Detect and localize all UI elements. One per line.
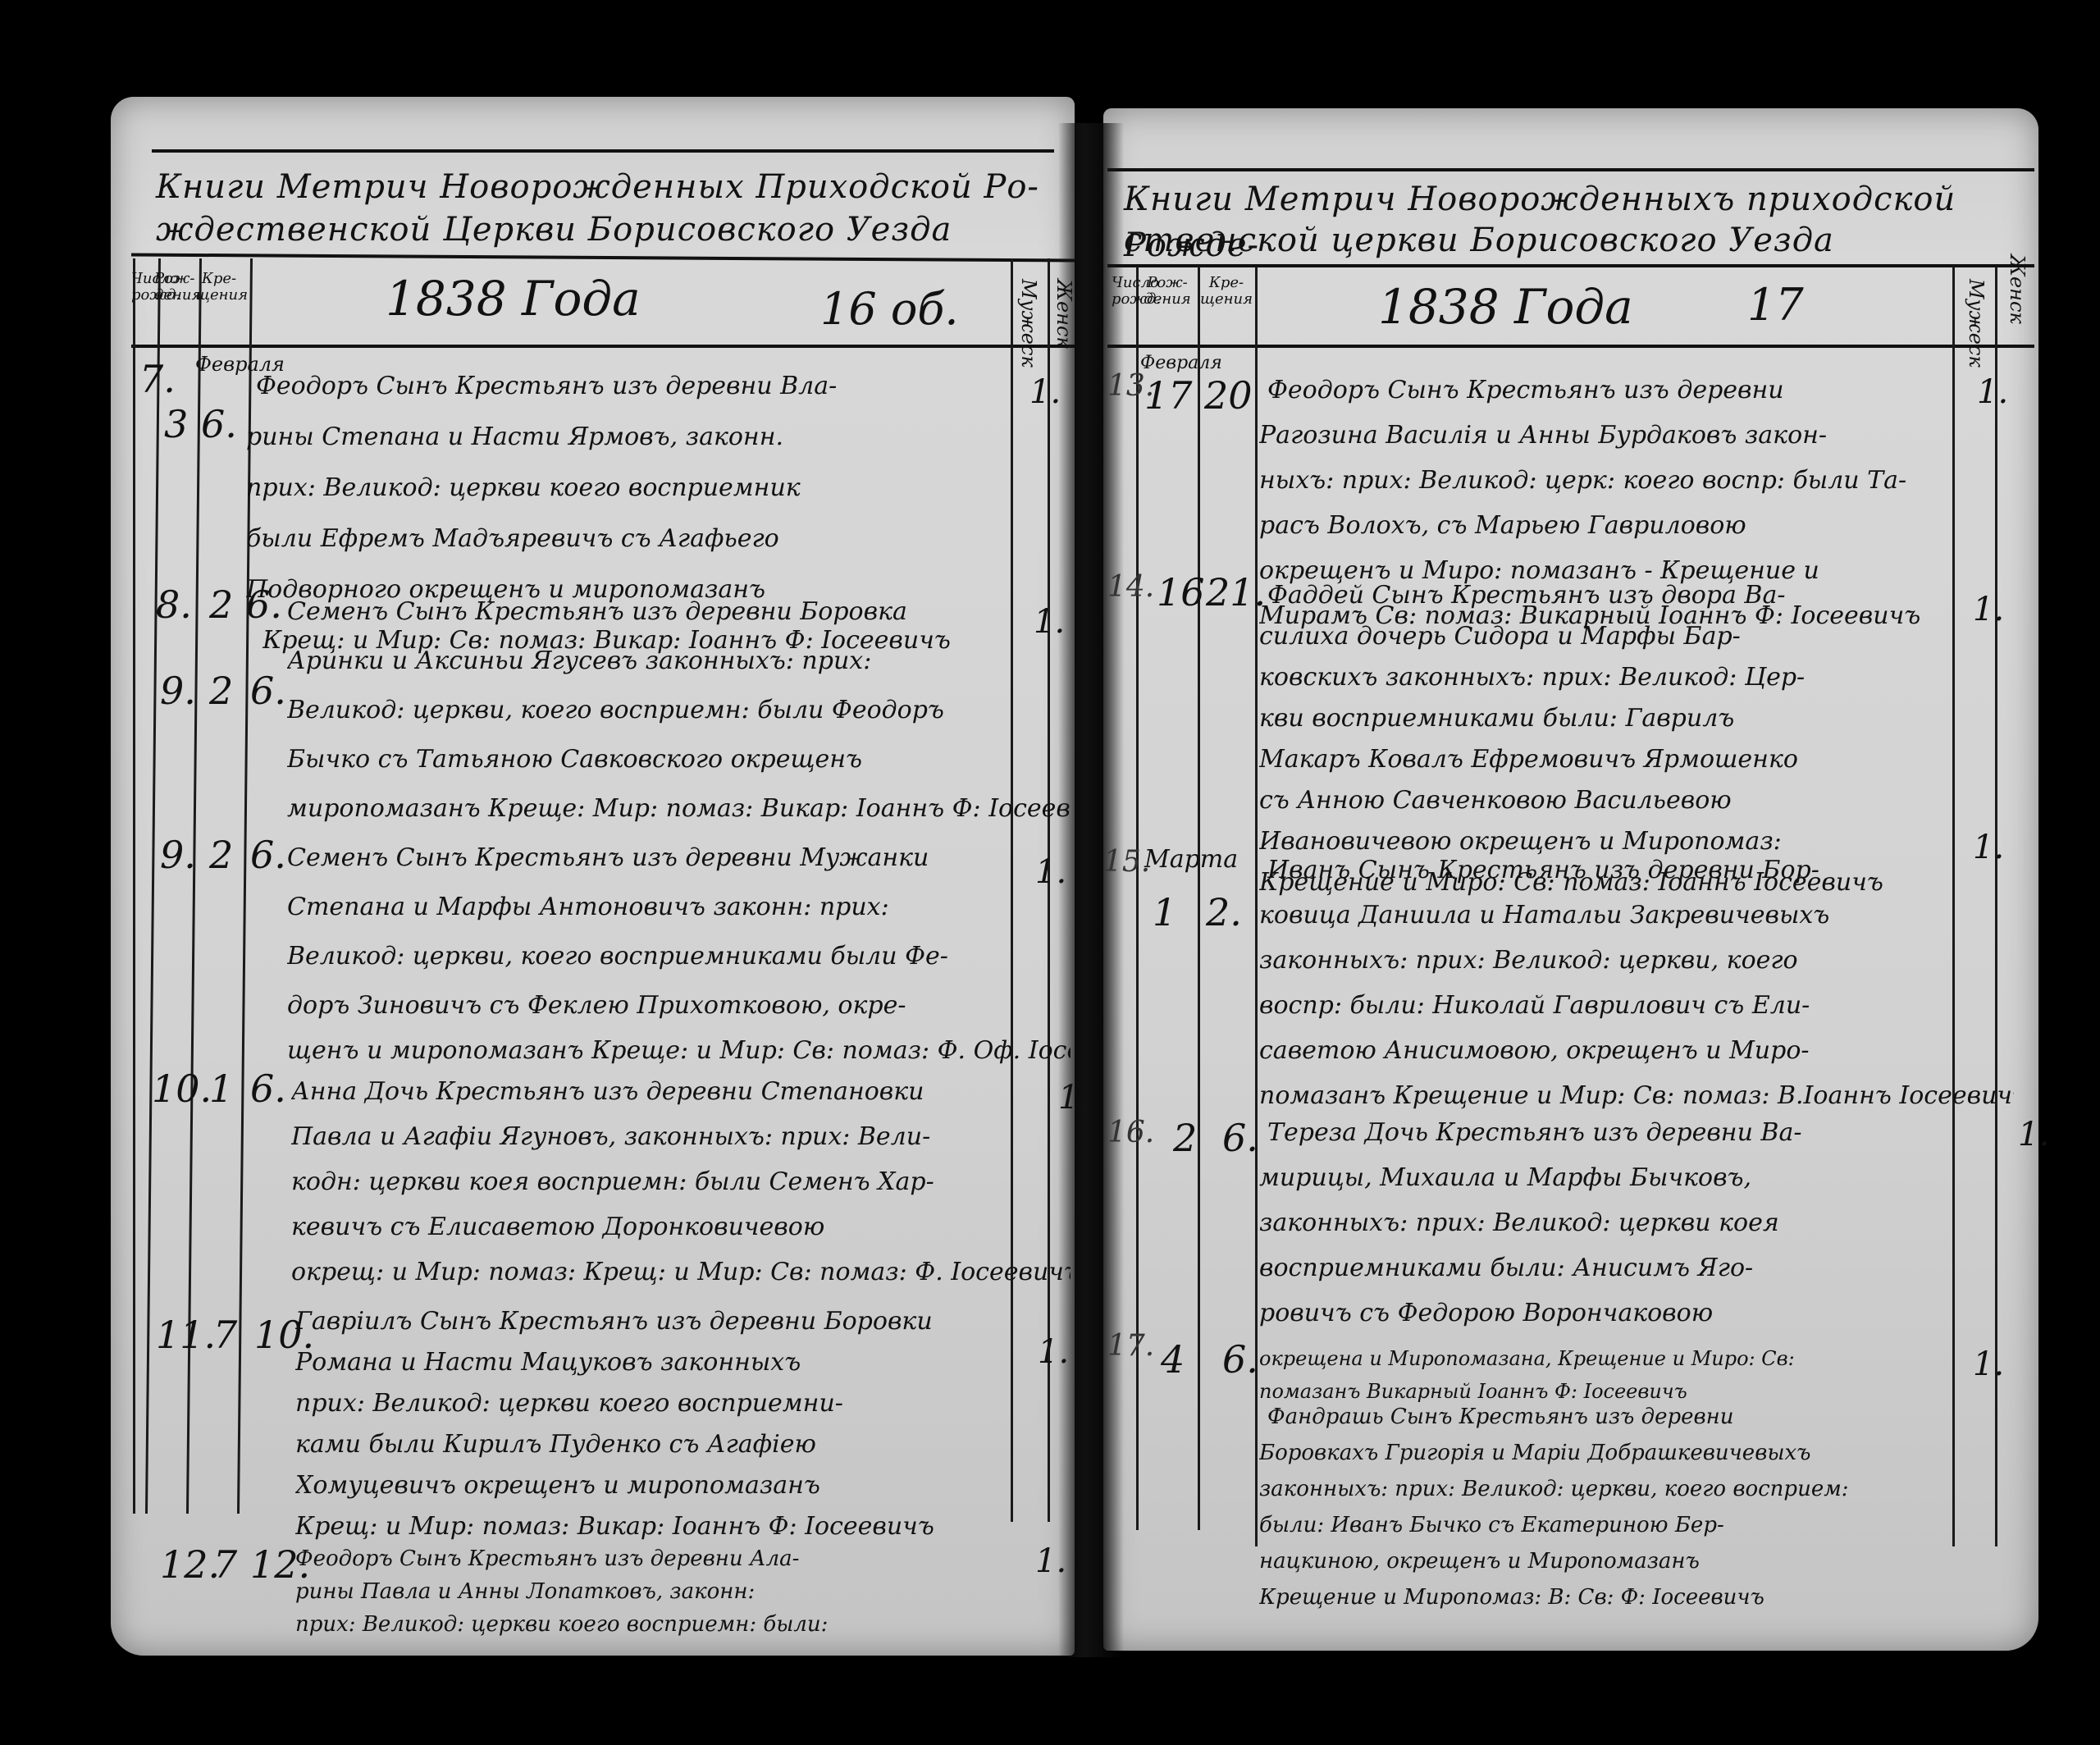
right-col-line-2 bbox=[1198, 267, 1200, 1530]
entry-text-line: Анна Дочь Крестьянъ изъ деревни Степанов… bbox=[291, 1067, 1017, 1117]
entry-birth-day: 17 bbox=[1144, 373, 1193, 418]
entry-baptism-day: 20 bbox=[1204, 373, 1253, 418]
entry-text-line: Семенъ Сынъ Крестьянъ изъ деревни Мужанк… bbox=[287, 833, 1017, 884]
entry-text-line: Степана и Марфы Антоновичъ законн: прих: bbox=[287, 882, 1017, 933]
entry-text-line: Фандрашь Сынъ Крестьянъ изъ деревни bbox=[1267, 1399, 1952, 1435]
entry-birth-day: 2 bbox=[209, 582, 233, 627]
entry-male: 1. bbox=[1034, 603, 1065, 641]
entry-number: 9. bbox=[160, 833, 196, 877]
entry-male: 1. bbox=[1973, 1345, 2004, 1383]
entry-baptism-day: 2. bbox=[1206, 890, 1242, 934]
entry-baptism-day: 6. bbox=[250, 669, 286, 713]
entry-female: 1. bbox=[1058, 1079, 1089, 1117]
entry-text-line: мирицы, Михаила и Марфы Бычковъ, bbox=[1259, 1153, 1952, 1204]
left-col-baptism: Кре-щения bbox=[195, 271, 243, 304]
entry-text-line: кодн: церкви коея восприемн: были Семенъ… bbox=[291, 1157, 1017, 1208]
entry-text-line: Феодоръ Сынъ Крестьянъ изъ деревни Вла- bbox=[256, 361, 1015, 412]
right-title-line2: ственской церкви Борисовского Уезда bbox=[1124, 217, 1834, 263]
entry-text-line: ровичъ съ Федорою Ворончаковою bbox=[1259, 1288, 1952, 1339]
right-col-male: Мужеск bbox=[1965, 279, 1988, 368]
entry-male: 1. bbox=[1029, 373, 1061, 411]
entry-birth-day: 1 bbox=[209, 1067, 233, 1111]
right-top-rule bbox=[1107, 168, 2034, 171]
left-year: 1838 Года bbox=[386, 271, 641, 327]
entry-text-line: Бычко съ Татьяною Савковского окрещенъ bbox=[287, 734, 1017, 785]
entry-text-line: расъ Волохъ, съ Марьею Гавриловою bbox=[1259, 500, 1952, 551]
entry-number: 16. bbox=[1107, 1116, 1154, 1149]
right-col-baptism: Кре-щения bbox=[1199, 275, 1253, 308]
entry-birth-day: 7 bbox=[213, 1313, 237, 1357]
right-folio: 17 bbox=[1747, 279, 1804, 331]
entry-text-line: ковица Даниила и Натальи Закревичевыхъ bbox=[1259, 890, 1952, 941]
entry-text-line: Феодоръ Сынъ Крестьянъ изъ деревни bbox=[1267, 365, 1952, 416]
right-columns-rule bbox=[1107, 345, 2034, 348]
entry-text-line: прих: Великод: церкви коего восприемн: б… bbox=[295, 1608, 1017, 1641]
book-gutter bbox=[1058, 123, 1124, 1657]
right-col-female: Женск bbox=[2006, 254, 2029, 324]
entry-text-line: Павла и Агафіи Ягуновъ, законныхъ: прих:… bbox=[291, 1112, 1017, 1163]
left-col-number: Число рожд. bbox=[131, 271, 156, 304]
entry-text-line: Великод: церкви, коего восприемн: были Ф… bbox=[287, 685, 1017, 736]
entry-male: 1. bbox=[1973, 829, 2004, 866]
entry-number: 7. bbox=[139, 357, 176, 401]
right-col-number: Число рожд. bbox=[1112, 275, 1136, 308]
entry-number: 17. bbox=[1107, 1329, 1154, 1363]
entry-baptism-day: 6. bbox=[246, 582, 282, 627]
entry-male: 1. bbox=[1035, 1542, 1066, 1580]
entry-number: 10. bbox=[152, 1067, 212, 1111]
entry-baptism-day: 6. bbox=[1222, 1116, 1258, 1160]
entry-number: 11. bbox=[156, 1313, 216, 1357]
entry-birth-day: 3 bbox=[164, 402, 188, 446]
right-year: 1838 Года bbox=[1378, 279, 1633, 335]
entry-birth-day: 1 bbox=[1153, 890, 1176, 934]
entry-text-line: Семенъ Сынъ Крестьянъ изъ деревни Боровк… bbox=[287, 587, 1017, 637]
entry-text-line: Рагозина Василія и Анны Бурдаковъ закон- bbox=[1259, 410, 1952, 461]
entry-month: Февраля bbox=[1140, 353, 1222, 373]
entry-text-line: окрещ: и Мир: помаз: Крещ: и Мир: Св: по… bbox=[291, 1247, 1071, 1298]
entry-text-line: воспр: были: Николай Гаврилович съ Ели- bbox=[1259, 980, 1952, 1031]
entry-text-line: рины Павла и Анны Лопатковъ, законн: bbox=[295, 1575, 1017, 1608]
entry-text-line: рины Степана и Насти Ярмовъ, законн. bbox=[246, 412, 1015, 463]
entry-text-line: доръ Зиновичъ съ Феклею Прихотковою, окр… bbox=[287, 980, 1017, 1031]
entry-birth-day: 2 bbox=[209, 669, 233, 713]
left-title-line1: Книги Метрич Новорожденных Приходской Ро… bbox=[156, 164, 1039, 210]
left-top-rule bbox=[152, 149, 1054, 153]
entry-text-line: ныхъ: прих: Великод: церк: коего воспр: … bbox=[1259, 455, 1952, 506]
entry-text-line: Великод: церкви, коего восприемниками бы… bbox=[287, 931, 1017, 982]
entry-baptism-day: 6. bbox=[250, 833, 286, 877]
entry-text-line: были Ефремъ Мадъяревичъ съ Агафьего bbox=[246, 514, 1015, 564]
entry-text-line: кевичъ съ Елисаветою Доронковичевою bbox=[291, 1202, 1017, 1253]
left-columns-rule bbox=[131, 345, 1075, 348]
entry-birth-day: 7 bbox=[213, 1542, 237, 1587]
entry-text-line: миропомазанъ Креще: Мир: помаз: Викар: І… bbox=[287, 783, 1071, 834]
entry-female: 1. bbox=[2018, 1116, 2049, 1153]
entry-male: 1. bbox=[1038, 1333, 1069, 1371]
entry-male: 1. bbox=[1977, 373, 2008, 411]
entry-baptism-day: 6. bbox=[250, 1067, 286, 1111]
entry-text-line: прих: Великод: церкви коего восприемник bbox=[246, 463, 1015, 514]
left-folio: 16 об. bbox=[820, 283, 959, 335]
entry-text-line: восприемниками были: Анисимъ Яго- bbox=[1259, 1243, 1952, 1294]
entry-text-line: саветою Анисимовою, окрещенъ и Миро- bbox=[1259, 1026, 1952, 1076]
entry-text-line: законныхъ: прих: Великод: церкви, коего … bbox=[1259, 1471, 1952, 1507]
entry-month: Марта bbox=[1144, 845, 1238, 874]
entry-number: 15. bbox=[1103, 845, 1150, 879]
entry-text-line: Крещение и Миропомаз: В: Св: Ф: Іосеевич… bbox=[1259, 1579, 2014, 1615]
right-col-birth: Рож-дения bbox=[1139, 275, 1196, 308]
entry-text-line: законныхъ: прих: Великод: церкви коея bbox=[1259, 1198, 1952, 1249]
entry-male: 1. bbox=[1035, 853, 1066, 891]
left-col-birth: Рож-дения bbox=[154, 271, 194, 304]
entry-male: 1. bbox=[1973, 591, 2004, 628]
left-title-line2: ждественской Церкви Борисовского Уезда bbox=[156, 207, 952, 253]
entry-text-line: Феодоръ Сынъ Крестьянъ изъ деревни Ала- bbox=[295, 1542, 1017, 1575]
entry-text-line: Иванъ Сынъ Крестьянъ изъ деревни Бор- bbox=[1267, 845, 1952, 896]
entry-baptism-day: 6. bbox=[1222, 1337, 1258, 1382]
entry-birth-day: 4 bbox=[1161, 1337, 1185, 1382]
entry-number: 14. bbox=[1107, 570, 1154, 604]
entry-number: 8. bbox=[156, 582, 192, 627]
entry-number: 12. bbox=[160, 1542, 220, 1587]
left-col-line-1 bbox=[133, 258, 135, 1514]
entry-number: 9. bbox=[160, 669, 196, 713]
entry-text-line: Тереза Дочь Крестьянъ изъ деревни Ва- bbox=[1267, 1108, 1952, 1158]
entry-baptism-day: 21. bbox=[1206, 570, 1266, 614]
entry-birth-day: 2 bbox=[209, 833, 233, 877]
entry-text-line: Боровкахъ Григорія и Маріи Добрашкевичев… bbox=[1259, 1435, 1952, 1471]
entry-text-line: Аринки и Аксиньи Ягусевъ законныхъ: прих… bbox=[287, 636, 1017, 687]
entry-text-line: нацкиною, окрещенъ и Миропомазанъ bbox=[1259, 1543, 1952, 1579]
entry-birth-day: 16 bbox=[1157, 570, 1205, 614]
left-col-female: Женск bbox=[1052, 279, 1075, 349]
entry-baptism-day: 6. bbox=[201, 402, 237, 446]
entry-birth-day: 2 bbox=[1173, 1116, 1197, 1160]
entry-text-line: были: Иванъ Бычко съ Екатериною Бер- bbox=[1259, 1507, 1952, 1543]
left-col-male: Мужеск bbox=[1017, 279, 1040, 368]
entry-text-line: законныхъ: прих: Великод: церкви, коего bbox=[1259, 935, 1952, 986]
